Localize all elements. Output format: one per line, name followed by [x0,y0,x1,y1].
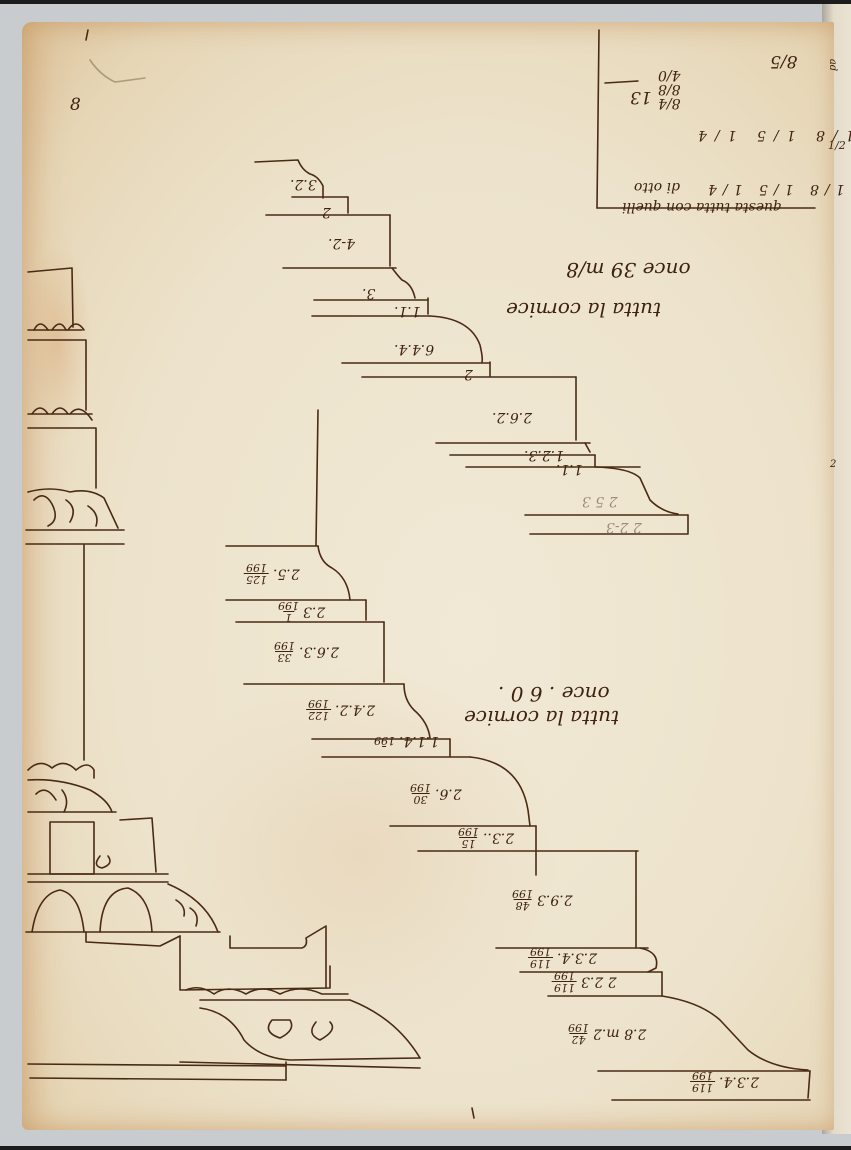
note-stack: 8/4 8/8 4/0 [658,68,681,110]
upper-member-label: 6.4.4. [394,342,434,356]
lower-member-label: 2.4.2.122199 [306,698,375,721]
facing-page-mark: 1/2 [828,140,846,151]
stack-value: 8/4 [658,96,681,110]
lower-member-label: 2.31199 [278,600,325,623]
upper-cornice-title: tutta la cornice [506,300,661,320]
upper-member-label: 2 2-3 [606,520,642,534]
lower-member-label: 2 2.3119199 [552,970,617,993]
upper-member-label: 2 5 3 [582,494,618,508]
lower-member-label: 2.6.30199 [410,782,462,805]
facing-page-mark: ad [827,59,837,71]
lower-member-label: 1.1.4.199 [374,734,439,748]
note-side-value: 13 [630,88,652,105]
lower-member-label: 2.3.4.119199 [528,946,597,969]
note-fractions-row: 1/2 1/8 1/5 1/4 [702,182,851,196]
lower-member-label: 2.5.125199 [244,562,300,585]
lower-member-label: 2.9.348199 [512,888,573,911]
fraction: 1/4 [690,127,737,143]
upper-member-label: 2 [464,367,473,381]
lower-cornice-total: once . 6 0 . [498,684,610,704]
lower-member-label: 2.8 m.242199 [568,1022,646,1045]
lower-cornice-title: tutta la cornice [464,708,619,728]
upper-member-label: 1.2.3. [524,448,564,462]
scan-border-top [0,0,851,4]
upper-member-label: 3.2. [290,177,317,191]
upper-member-label: 2 [322,205,331,219]
lower-member-label: 2.3..15199 [458,826,514,849]
upper-member-label: 1.1. [556,462,583,476]
stack-value: 8/8 [658,82,681,96]
facing-page-mark: 2 [830,460,836,470]
upper-member-label: 4-2. [328,236,355,250]
lower-member-label: 2.6.3.33199 [274,640,339,663]
upper-member-label: 3. [362,286,375,300]
fraction: 1/5 [753,181,794,197]
note-middle-row: 1/8 1/5 1/4 [690,128,851,142]
folio-number: 8 [70,97,81,114]
manuscript-page: 8 questa tutta con quelli di otto 1/2 1/… [22,22,834,1130]
upper-cornice-total: once 39 m/8 [566,260,691,280]
scan-border-bottom [0,1146,851,1150]
note-line-2: di otto [634,180,680,194]
note-line-1: questa tutta con quelli [622,200,782,214]
stack-value: 4/0 [658,68,681,82]
upper-member-label: 2.6.2. [492,410,532,424]
lower-member-label: 2.3.4.119199 [690,1070,759,1093]
fraction: 1/5 [749,127,796,143]
fraction: 1/8 [804,181,845,197]
upper-member-label: 1.1. [394,304,421,318]
note-top-right: 8/5 [770,52,797,69]
fraction: 1/4 [702,181,743,197]
